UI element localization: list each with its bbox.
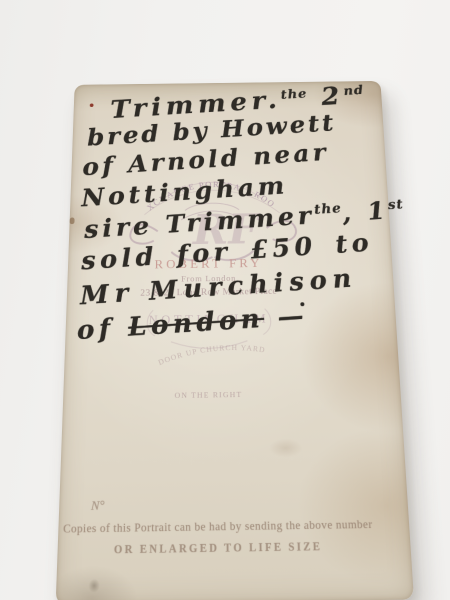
hw-sup-the2: the [314, 201, 343, 218]
red-ink-speck [90, 104, 94, 108]
hw-number: 2 [320, 81, 346, 111]
photo-backdrop: EXCHANGE PORTRAIT ROOM RF [0, 0, 450, 600]
faded-smudge [265, 436, 307, 460]
imprint-copies-line: Copies of this Portrait can be had by se… [58, 519, 377, 536]
card-perspective-wrap: EXCHANGE PORTRAIT ROOM RF [56, 81, 414, 600]
hw-dash: — [276, 301, 309, 333]
hw-sup-nd: nd [343, 84, 365, 99]
hw-to: to [334, 229, 374, 260]
hw-sup-the: the [280, 87, 308, 102]
edge-stain [70, 218, 75, 225]
imprint-enlarged-line: OR ENLARGED TO LIFE SIZE [57, 540, 378, 557]
corner-smudge [86, 576, 102, 595]
imprint-number-label: N° [91, 497, 105, 514]
stamp-arc-bottom-text: DOOR UP CHURCH YARD [157, 343, 266, 367]
hw-sup-st: st [387, 197, 404, 213]
ink-dot [300, 302, 304, 306]
carte-de-visite-back: EXCHANGE PORTRAIT ROOM RF [56, 81, 414, 600]
hw-amount: £50 [249, 232, 317, 265]
stamp-direction-line: ON THE RIGHT [175, 390, 243, 400]
hw-of: of [77, 314, 115, 346]
hw-one: , 1 [341, 197, 390, 228]
